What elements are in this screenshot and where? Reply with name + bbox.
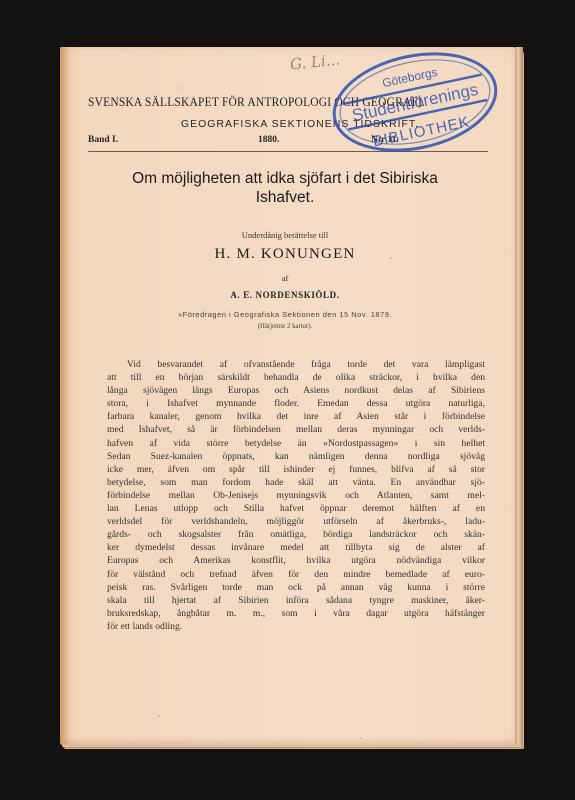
body-line: skala till hjertat af Sibirien införa så… (107, 594, 485, 607)
title-line-1: Om möjligheten att idka sjöfart i det Si… (80, 169, 490, 188)
by-word: af (80, 273, 490, 283)
dedication-line: Underdånig berättelse till (80, 230, 490, 240)
body-line: Europas och Amerikas konstflit, hvilka u… (107, 554, 485, 567)
library-stamp: Göteborgs Studentförenings BIBLIOTHEK (322, 36, 509, 167)
stamp-icon: Göteborgs Studentförenings BIBLIOTHEK (322, 36, 509, 167)
body-line: förbindelse mellan Ob-Jenisejs mynningsv… (107, 489, 485, 502)
body-line: lan Lenas utlopp och Stilla hafvet öppna… (107, 502, 485, 515)
pamphlet-cover: G. Li... SVENSKA SÄLLSKAPET FÖR ANTROPOL… (60, 47, 515, 745)
body-line: icke mer, äfven om spår till ishinder ej… (107, 463, 485, 476)
body-line: med Ishafvet, så är förbindelsen mellan … (107, 423, 485, 436)
body-line: att till en början särskildt behandla de… (107, 371, 485, 384)
paper-speck (158, 715, 160, 717)
body-line: peisk ras. Svårligen torde man ock på an… (107, 581, 485, 594)
body-line: gårds- och skogsalster från omätliga, bö… (107, 528, 485, 541)
body-line: stora, i Ishafvet mynnande floder. Emeda… (107, 397, 485, 410)
recipient-name: H. M. KONUNGEN (80, 246, 490, 263)
spine-shadow (60, 47, 70, 745)
body-line: ker dymedelst dessas invånare medel att … (107, 541, 485, 554)
body-line: hafven af vida större betydelse än »Nord… (107, 437, 485, 450)
body-line: långa sjövägen längs Europas och Asiens … (107, 384, 485, 397)
volume-label: Band I. (88, 135, 118, 145)
header-rule (88, 151, 488, 152)
presentation-note: »Föredragen i Geografiska Sektionen den … (80, 310, 490, 319)
paper-speck (360, 737, 362, 739)
maps-note: (Härjemte 2 kartor). (80, 323, 490, 330)
year-label: 1880. (258, 135, 279, 145)
body-line: för välstånd och trefnad äfven för den m… (107, 568, 485, 581)
body-line: för ett lands odling. (107, 620, 485, 633)
body-line: farbara kanaler, genom hvilka det inre a… (107, 410, 485, 423)
photo-scene: G. Li... SVENSKA SÄLLSKAPET FÖR ANTROPOL… (0, 0, 575, 800)
article-title: Om möjligheten att idka sjöfart i det Si… (80, 169, 490, 207)
page-right-edge (515, 47, 523, 745)
body-line: betydelse, som man fordom hade skäl att … (107, 476, 485, 489)
author-name: A. E. NORDENSKIÖLD. (80, 290, 490, 300)
body-line: verldsdel för verldshandeln, möjliggör u… (107, 515, 485, 528)
body-line: Sedan Suez-kanalen öppnats, kan nämligen… (107, 450, 485, 463)
body-text: Vid besvarandet af ofvanstående fråga to… (107, 358, 485, 633)
body-line: Vid besvarandet af ofvanstående fråga to… (107, 358, 485, 371)
body-line: bruksredskap, ångbåtar m. m., som i våra… (107, 607, 485, 620)
paper-speck (180, 87, 182, 89)
title-line-2: Ishafvet. (80, 188, 490, 207)
